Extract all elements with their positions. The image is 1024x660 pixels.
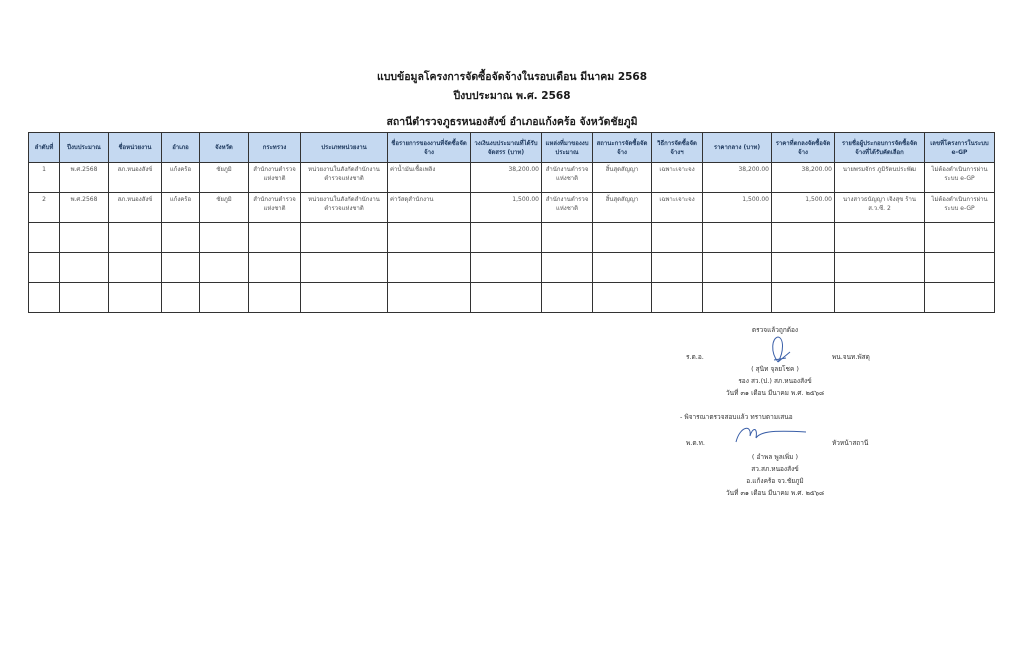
fiscal-year-title: ปีงบประมาณ พ.ศ. 2568 [0, 87, 1024, 104]
table-cell [301, 283, 388, 313]
table-cell: 1,500.00 [703, 193, 772, 223]
table-cell [593, 223, 652, 253]
approval2-name: ( อำพล พูลเพิ่ม ) [690, 452, 860, 462]
table-cell [388, 283, 471, 313]
table-cell [835, 223, 925, 253]
approval2-left-rank: พ.ต.ท. [686, 438, 705, 448]
table-row [29, 283, 995, 313]
table-cell [162, 283, 200, 313]
column-header: วิธีการจัดซื้อจัดจ้างฯ [652, 133, 703, 163]
approval2-heading: - พิจารณาตรวจสอบแล้ว ทราบตามเสนอ [680, 412, 793, 422]
table-cell [772, 253, 835, 283]
table-cell: 2 [29, 193, 60, 223]
table-cell: สำนักงานตำรวจแห่งชาติ [542, 163, 593, 193]
table-cell: 1,500.00 [471, 193, 542, 223]
table-cell: สำนักงานตำรวจแห่งชาติ [249, 193, 301, 223]
table-cell [249, 223, 301, 253]
table-cell [925, 223, 995, 253]
table-cell [652, 283, 703, 313]
table-cell: 1,500.00 [772, 193, 835, 223]
table-cell [301, 253, 388, 283]
column-header: วงเงินงบประมาณที่ได้รับจัดสรร (บาท) [471, 133, 542, 163]
table-row [29, 253, 995, 283]
table-cell [29, 253, 60, 283]
table-cell [60, 253, 109, 283]
table-cell: หน่วยงานในสังกัดสำนักงานตำรวจแห่งชาติ [301, 193, 388, 223]
table-cell [200, 253, 249, 283]
column-header: ประเภทหน่วยงาน [301, 133, 388, 163]
table-cell: ไม่ต้องดำเนินการผ่านระบบ e-GP [925, 193, 995, 223]
table-cell [835, 253, 925, 283]
table-cell [471, 223, 542, 253]
table-cell [29, 283, 60, 313]
signature2-icon [730, 422, 810, 448]
approval2-date: วันที่ ๓๑ เดือน มีนาคม พ.ศ. ๒๕๖๘ [690, 488, 860, 498]
approval2-location: อ.แก้งคร้อ จว.ชัยภูมิ [690, 476, 860, 486]
table-cell [652, 223, 703, 253]
table-row [29, 223, 995, 253]
table-cell [542, 253, 593, 283]
signature1-icon [750, 334, 810, 364]
column-header: รายชื่อผู้ประกอบการจัดซื้อจัดจ้างที่ได้ร… [835, 133, 925, 163]
approval2-position: สว.สภ.หนองสังข์ [690, 464, 860, 474]
table-cell [388, 253, 471, 283]
table-cell: ชัยภูมิ [200, 163, 249, 193]
table-cell [652, 253, 703, 283]
table-cell [249, 253, 301, 283]
table-cell: ค่าวัสดุสำนักงาน [388, 193, 471, 223]
table-cell: 38,200.00 [471, 163, 542, 193]
table-cell [593, 283, 652, 313]
column-header: จังหวัด [200, 133, 249, 163]
table-cell [109, 283, 162, 313]
column-header: เลขที่โครงการในระบบ e-GP [925, 133, 995, 163]
table-cell [835, 283, 925, 313]
table-row: 2พ.ศ.2568สภ.หนองสังข์แก้งคร้อชัยภูมิสำนั… [29, 193, 995, 223]
table-cell [60, 283, 109, 313]
table-cell: นางสาวธนัญญา เจิงสุข ร้าน ส.ว.ซี. 2 [835, 193, 925, 223]
column-header: แหล่งที่มาของงบประมาณ [542, 133, 593, 163]
table-cell [703, 253, 772, 283]
table-row: 1พ.ศ.2568สภ.หนองสังข์แก้งคร้อชัยภูมิสำนั… [29, 163, 995, 193]
table-cell: พ.ศ.2568 [60, 193, 109, 223]
table-cell [471, 253, 542, 283]
table-cell: สำนักงานตำรวจแห่งชาติ [249, 163, 301, 193]
table-cell [200, 283, 249, 313]
column-header: ปีงบประมาณ [60, 133, 109, 163]
station-title: สถานีตำรวจภูธรหนองสังข์ อำเภอแก้งคร้อ จั… [0, 113, 1024, 130]
column-header: ลำดับที่ [29, 133, 60, 163]
table-cell [542, 223, 593, 253]
table-cell [471, 283, 542, 313]
table-cell: 1 [29, 163, 60, 193]
table-cell: เฉพาะเจาะจง [652, 193, 703, 223]
table-cell [925, 283, 995, 313]
approval1-name: ( สุนิท จุลยโชค ) [690, 364, 860, 374]
table-cell [249, 283, 301, 313]
table-cell [593, 253, 652, 283]
table-cell: สิ้นสุดสัญญา [593, 193, 652, 223]
table-cell [200, 223, 249, 253]
approval2-right-role: หัวหน้าสถานี [832, 438, 868, 448]
table-cell [162, 253, 200, 283]
column-header: ชื่อรายการของงานที่จัดซื้อจัดจ้าง [388, 133, 471, 163]
column-header: สถานะการจัดซื้อจัดจ้าง [593, 133, 652, 163]
column-header: ราคากลาง (บาท) [703, 133, 772, 163]
table-cell: 38,200.00 [703, 163, 772, 193]
table-cell [388, 223, 471, 253]
table-cell [772, 283, 835, 313]
table-cell: พ.ศ.2568 [60, 163, 109, 193]
approval1-right-role: พน.จนท.พัสดุ [832, 352, 870, 362]
document-title: แบบข้อมูลโครงการจัดซื้อจัดจ้างในรอบเดือน… [0, 68, 1024, 85]
table-cell: ชัยภูมิ [200, 193, 249, 223]
table-cell [29, 223, 60, 253]
table-cell: สำนักงานตำรวจแห่งชาติ [542, 193, 593, 223]
table-cell: แก้งคร้อ [162, 193, 200, 223]
table-cell [301, 223, 388, 253]
table-cell: ไม่ต้องดำเนินการผ่านระบบ e-GP [925, 163, 995, 193]
table-cell: สิ้นสุดสัญญา [593, 163, 652, 193]
table-cell [925, 253, 995, 283]
table-cell: หน่วยงานในสังกัดสำนักงานตำรวจแห่งชาติ [301, 163, 388, 193]
table-cell [109, 223, 162, 253]
approval1-date: วันที่ ๓๑ เดือน มีนาคม พ.ศ. ๒๕๖๘ [690, 388, 860, 398]
table-cell: แก้งคร้อ [162, 163, 200, 193]
table-cell: สภ.หนองสังข์ [109, 163, 162, 193]
approval1-left-rank: ร.ต.อ. [686, 352, 704, 362]
column-header: กระทรวง [249, 133, 301, 163]
column-header: อำเภอ [162, 133, 200, 163]
table-cell [60, 223, 109, 253]
table-cell [772, 223, 835, 253]
table-cell: เฉพาะเจาะจง [652, 163, 703, 193]
column-header: ชื่อหน่วยงาน [109, 133, 162, 163]
table-header-row: ลำดับที่ปีงบประมาณชื่อหน่วยงานอำเภอจังหว… [29, 133, 995, 163]
table-cell: สภ.หนองสังข์ [109, 193, 162, 223]
table-cell: นายพรมจักร ภูมิรัตนประพัฒ [835, 163, 925, 193]
table-cell [542, 283, 593, 313]
column-header: ราคาที่ตกลงจัดซื้อจัดจ้าง [772, 133, 835, 163]
table-cell [703, 283, 772, 313]
procurement-table: ลำดับที่ปีงบประมาณชื่อหน่วยงานอำเภอจังหว… [28, 132, 995, 313]
table-cell [703, 223, 772, 253]
table-cell [162, 223, 200, 253]
table-cell [109, 253, 162, 283]
table-cell: ค่าน้ำมันเชื้อเพลิง [388, 163, 471, 193]
table-cell: 38,200.00 [772, 163, 835, 193]
approval1-position: รอง สว.(ป.) สภ.หนองสังข์ [690, 376, 860, 386]
